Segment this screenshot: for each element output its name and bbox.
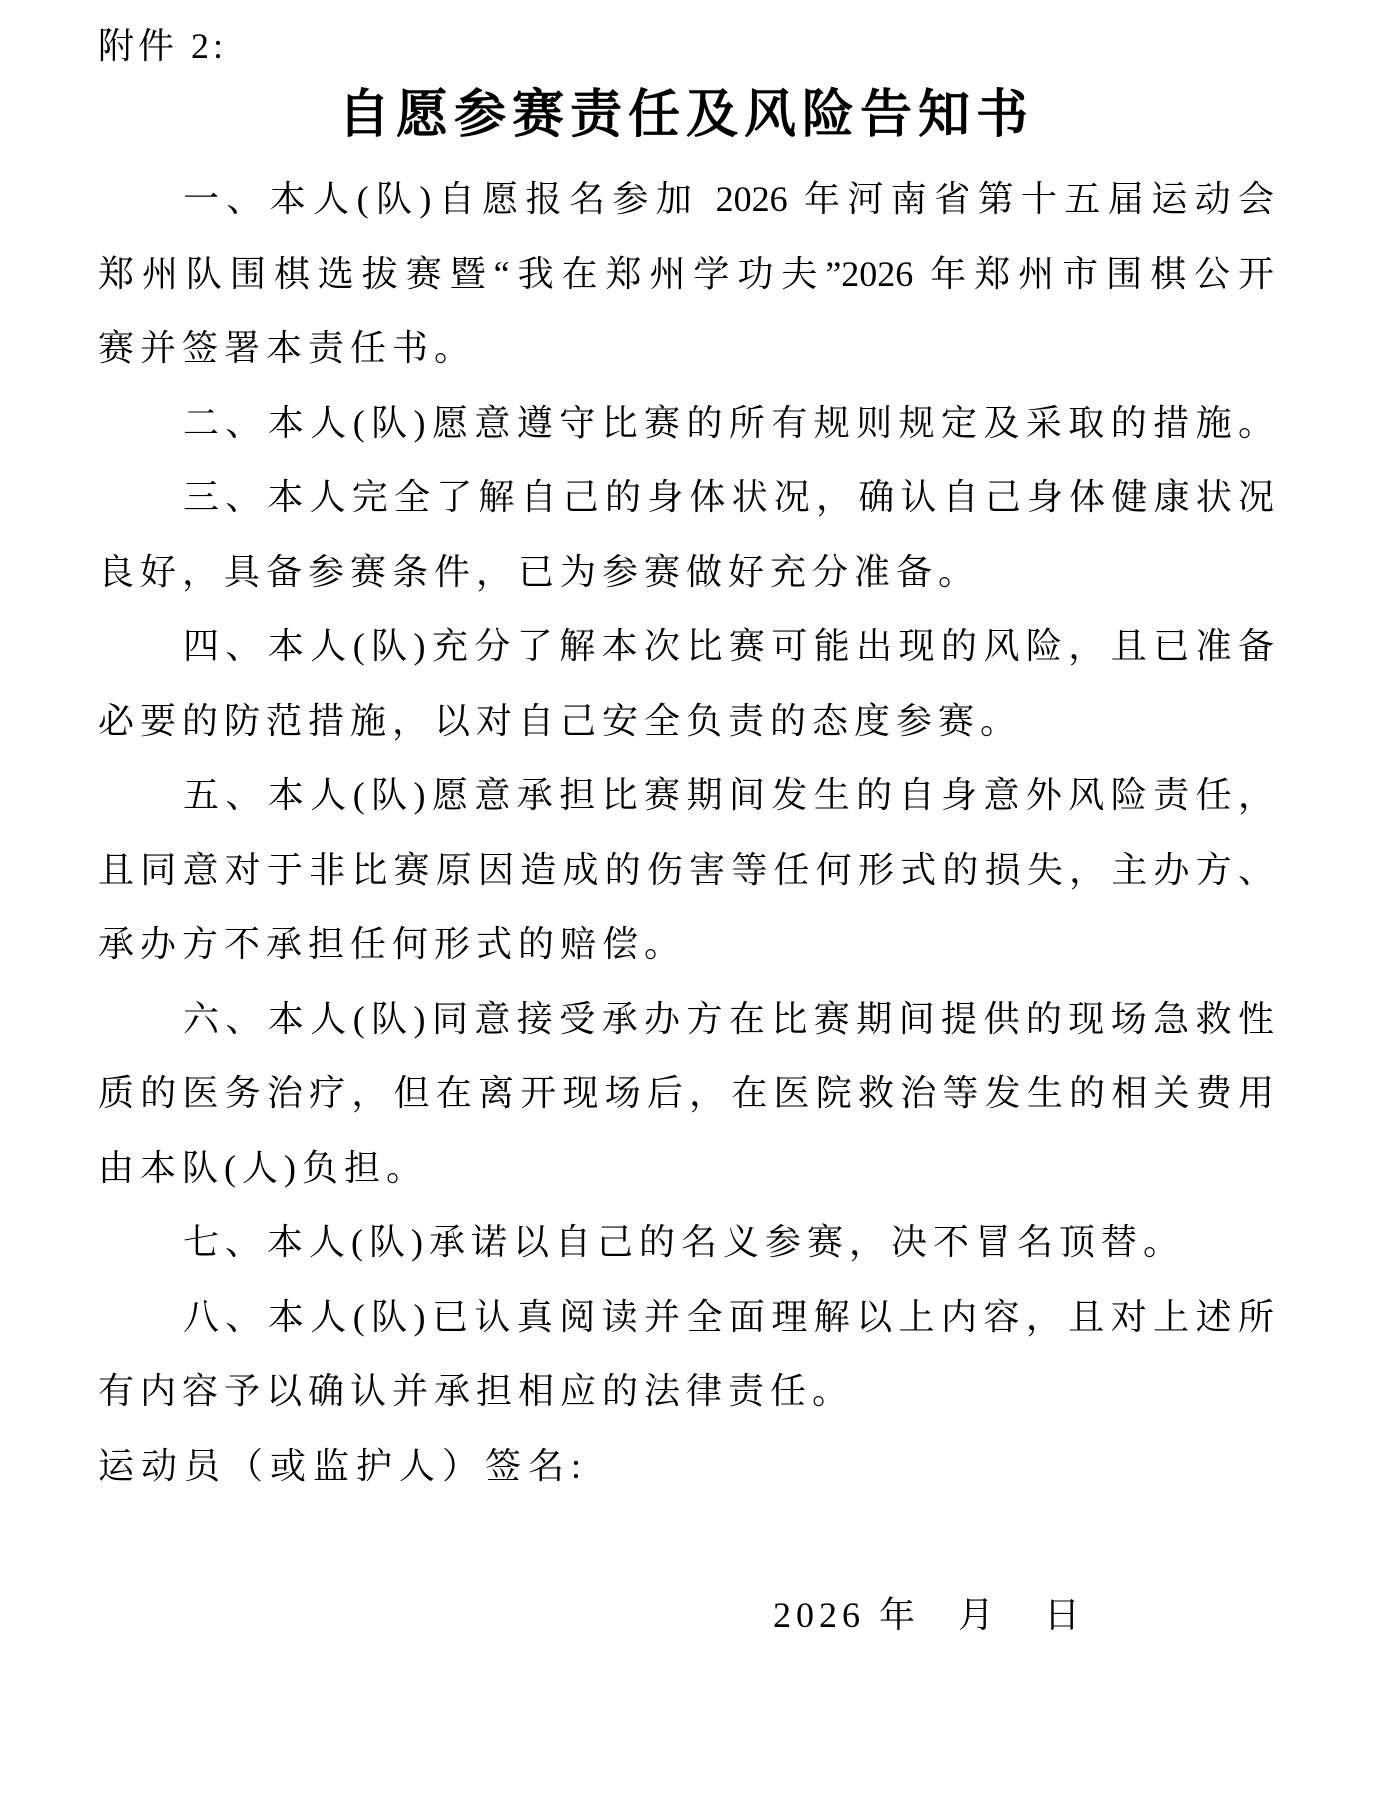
body-line: 郑州队围棋选拔赛暨“我在郑州学功夫”2026 年郑州市围棋公开 xyxy=(98,250,1274,298)
body-line: 必要的防范措施，以对自己安全负责的态度参赛。 xyxy=(98,697,1274,745)
body-line: 一、本人(队)自愿报名参加 2026 年河南省第十五届运动会 xyxy=(183,175,1274,223)
document-page: 附件 2: 自愿参赛责任及风险告知书 一、本人(队)自愿报名参加 2026 年河… xyxy=(0,0,1398,1804)
date-year: 2026 年 xyxy=(773,1591,920,1639)
body-line: 二、本人(队)愿意遵守比赛的所有规则规定及采取的措施。 xyxy=(183,399,1274,447)
body-line: 承办方不承担任何形式的赔偿。 xyxy=(98,920,1274,968)
body-line: 质的医务治疗，但在离开现场后，在医院救治等发生的相关费用 xyxy=(98,1069,1274,1117)
signature-label: 运动员（或监护人）签名: xyxy=(98,1442,588,1490)
attachment-label: 附件 2: xyxy=(98,22,227,70)
body-line: 有内容予以确认并承担相应的法律责任。 xyxy=(98,1367,1274,1415)
body-line: 赛并签署本责任书。 xyxy=(98,324,1274,372)
date-month-label: 月 xyxy=(958,1591,994,1639)
body-line: 七、本人(队)承诺以自己的名义参赛，决不冒名顶替。 xyxy=(183,1218,1274,1266)
date-day-label: 日 xyxy=(1044,1591,1080,1639)
body-line: 四、本人(队)充分了解本次比赛可能出现的风险，且已准备 xyxy=(183,622,1274,670)
body-line: 八、本人(队)已认真阅读并全面理解以上内容，且对上述所 xyxy=(183,1293,1274,1341)
body-line: 六、本人(队)同意接受承办方在比赛期间提供的现场急救性 xyxy=(183,995,1274,1043)
body-line: 且同意对于非比赛原因造成的伤害等任何形式的损失，主办方、 xyxy=(98,846,1274,894)
document-title: 自愿参赛责任及风险告知书 xyxy=(0,80,1372,150)
body-line: 良好，具备参赛条件，已为参赛做好充分准备。 xyxy=(98,548,1274,596)
body-line: 五、本人(队)愿意承担比赛期间发生的自身意外风险责任， xyxy=(183,771,1274,819)
date-line: 2026 年月日 xyxy=(773,1591,1080,1639)
body-line: 由本队(人)负担。 xyxy=(98,1144,1274,1192)
body-line: 三、本人完全了解自己的身体状况，确认自己身体健康状况 xyxy=(183,473,1274,521)
